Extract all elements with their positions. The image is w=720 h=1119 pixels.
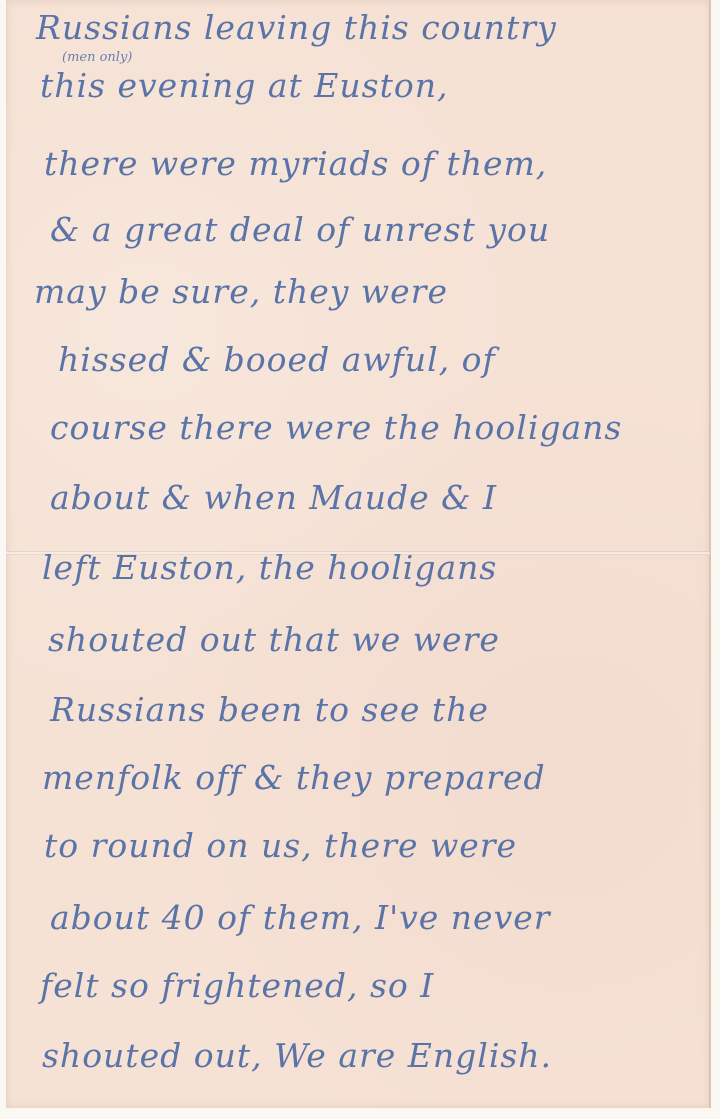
handwritten-line-12: menfolk off & they prepared [42, 758, 546, 797]
letter-page: Russians leaving this country (men only)… [6, 0, 710, 1108]
handwritten-line-13: to round on us, there were [44, 826, 517, 865]
handwritten-line-3: there were myriads of them, [44, 144, 547, 183]
handwritten-line-14: about 40 of them, I've never [50, 898, 551, 937]
handwritten-line-10: shouted out that we were [48, 620, 500, 659]
handwritten-line-11: Russians been to see the [50, 690, 489, 729]
handwritten-line-16: shouted out, We are English. [42, 1036, 552, 1075]
handwritten-line-15: felt so frightened, so I [40, 966, 434, 1005]
handwritten-line-5: may be sure, they were [34, 272, 448, 311]
handwritten-line-2: this evening at Euston, [40, 66, 448, 105]
marginal-annotation: (men only) [62, 50, 132, 65]
handwritten-line-7: course there were the hooligans [50, 408, 622, 447]
handwritten-line-6: hissed & booed awful, of [58, 340, 496, 379]
handwritten-line-9: left Euston, the hooligans [42, 548, 497, 587]
handwritten-line-1: Russians leaving this country [36, 8, 557, 47]
handwritten-line-4: & a great deal of unrest you [50, 210, 550, 249]
handwritten-line-8: about & when Maude & I [50, 478, 497, 517]
